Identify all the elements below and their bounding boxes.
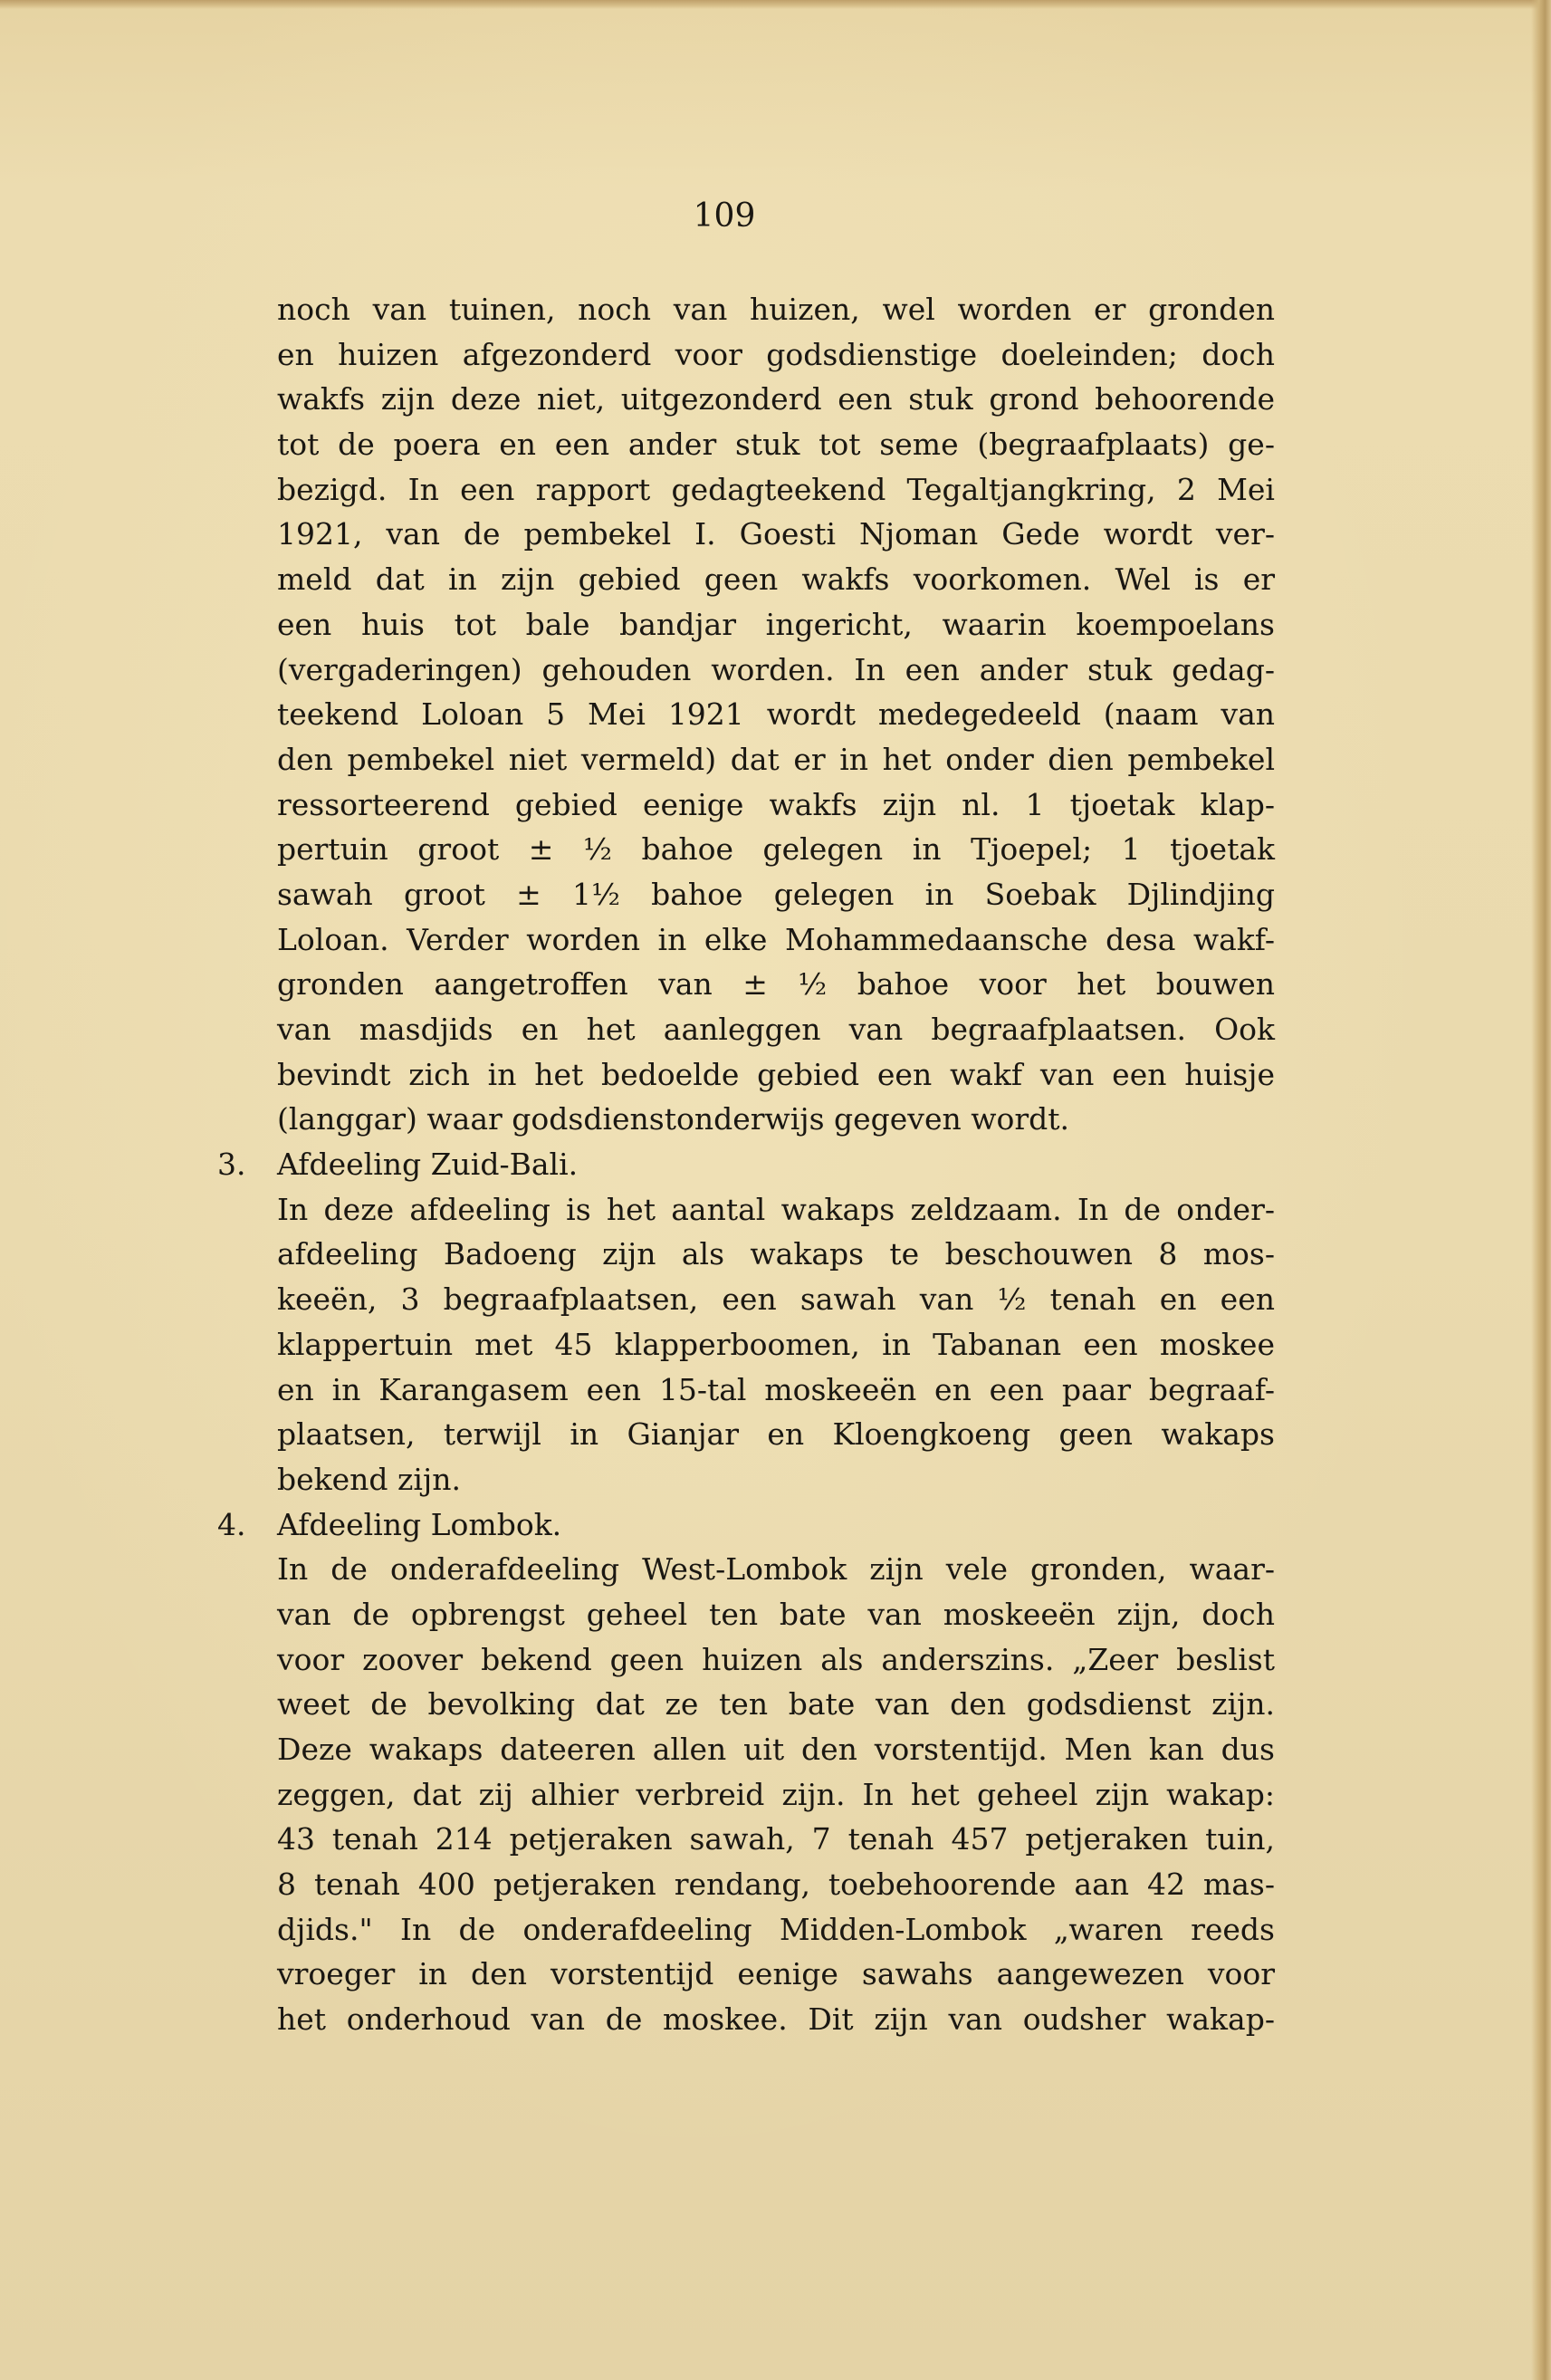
page-binding-edge xyxy=(1531,0,1551,2380)
text-line: Deze wakaps dateeren allen uit den vorst… xyxy=(277,1727,1275,1772)
body-text: noch van tuinen, noch van huizen, wel wo… xyxy=(277,287,1275,2042)
text-line: bevindt zich in het bedoelde gebied een … xyxy=(277,1052,1275,1098)
text-line: tot de poera en een ander stuk tot seme … xyxy=(277,422,1275,467)
scanned-page: 109 noch van tuinen, noch van huizen, we… xyxy=(0,0,1551,2380)
text-line: meld dat in zijn gebied geen wakfs voork… xyxy=(277,557,1275,602)
text-line: 43 tenah 214 petjeraken sawah, 7 tenah 4… xyxy=(277,1817,1275,1862)
text-line: (vergaderingen) gehouden worden. In een … xyxy=(277,648,1275,693)
text-line: wakfs zijn deze niet, uitgezonderd een s… xyxy=(277,377,1275,422)
page-number: 109 xyxy=(634,194,815,239)
text-line: In deze afdeeling is het aantal wakaps z… xyxy=(277,1187,1275,1233)
text-line: ressorteerend gebied eenige wakfs zijn n… xyxy=(277,782,1275,828)
page-top-edge xyxy=(0,0,1551,9)
text-line: sawah groot ± 1½ bahoe gelegen in Soebak… xyxy=(277,872,1275,917)
text-line: pertuin groot ± ½ bahoe gelegen in Tjoep… xyxy=(277,827,1275,872)
text-line: den pembekel niet vermeld) dat er in het… xyxy=(277,737,1275,782)
text-line: en in Karangasem een 15-tal moskeeën en … xyxy=(277,1368,1275,1413)
text-line: (langgar) waar godsdienstonderwijs gegev… xyxy=(277,1097,1275,1142)
section-title: Afdeeling Zuid-Bali. xyxy=(277,1147,578,1182)
section-heading-zuid-bali: 3. Afdeeling Zuid-Bali. xyxy=(277,1142,1275,1187)
text-line: 8 tenah 400 petjeraken rendang, toebehoo… xyxy=(277,1862,1275,1907)
text-line: een huis tot bale bandjar ingericht, waa… xyxy=(277,602,1275,648)
text-line: weet de bevolking dat ze ten bate van de… xyxy=(277,1682,1275,1727)
list-number: 3. xyxy=(217,1142,246,1187)
text-line: bezigd. In een rapport gedagteekend Tega… xyxy=(277,467,1275,513)
text-line: keeën, 3 begraafplaatsen, een sawah van … xyxy=(277,1277,1275,1322)
text-line: noch van tuinen, noch van huizen, wel wo… xyxy=(277,287,1275,332)
text-line: Loloan. Verder worden in elke Mohammedaa… xyxy=(277,917,1275,963)
text-line: zeggen, dat zij alhier verbreid zijn. In… xyxy=(277,1772,1275,1818)
text-line: djids." In de onderafdeeling Midden-Lomb… xyxy=(277,1907,1275,1953)
section-title: Afdeeling Lombok. xyxy=(277,1507,561,1542)
text-line: bekend zijn. xyxy=(277,1457,1275,1502)
text-line: voor zoover bekend geen huizen als ander… xyxy=(277,1637,1275,1683)
text-line: en huizen afgezonderd voor godsdienstige… xyxy=(277,332,1275,378)
text-line: gronden aangetroffen van ± ½ bahoe voor … xyxy=(277,962,1275,1007)
text-line: In de onderafdeeling West-Lombok zijn ve… xyxy=(277,1547,1275,1592)
text-line: het onderhoud van de moskee. Dit zijn va… xyxy=(277,1997,1275,2042)
text-line: teekend Loloan 5 Mei 1921 wordt medegede… xyxy=(277,692,1275,737)
text-line: van masdjids en het aanleggen van begraa… xyxy=(277,1007,1275,1052)
text-line: van de opbrengst geheel ten bate van mos… xyxy=(277,1592,1275,1637)
text-line: afdeeling Badoeng zijn als wakaps te bes… xyxy=(277,1232,1275,1277)
text-line: klappertuin met 45 klapperboomen, in Tab… xyxy=(277,1322,1275,1368)
text-line: plaatsen, terwijl in Gianjar en Kloengko… xyxy=(277,1412,1275,1457)
text-line: vroeger in den vorstentijd eenige sawahs… xyxy=(277,1952,1275,1997)
list-number: 4. xyxy=(217,1502,246,1548)
section-heading-lombok: 4. Afdeeling Lombok. xyxy=(277,1502,1275,1548)
text-line: 1921, van de pembekel I. Goesti Njoman G… xyxy=(277,512,1275,557)
